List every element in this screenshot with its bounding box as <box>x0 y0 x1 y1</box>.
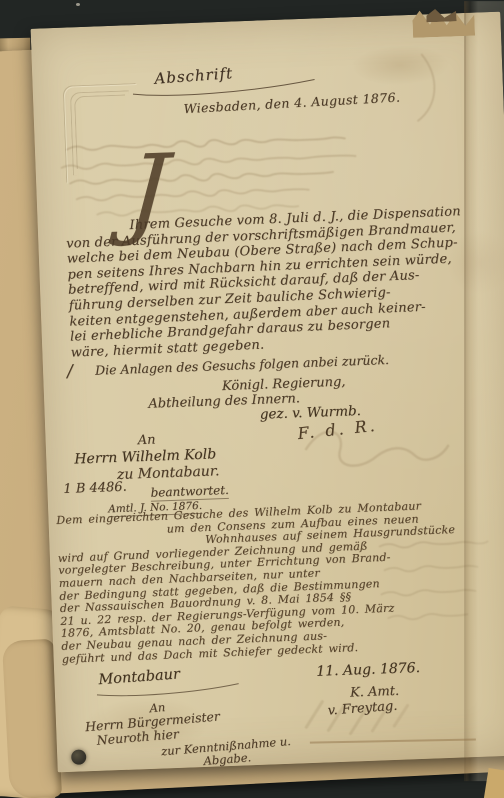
dust-speck <box>76 3 80 6</box>
photo-background: Abschrift Wiesbaden, den 4. August 1876.… <box>0 0 504 798</box>
reference-number: 1 B 4486. <box>63 480 127 497</box>
paper-right-panel <box>466 1 504 781</box>
address-to: An <box>137 433 155 449</box>
margin-tick: / <box>67 362 73 382</box>
document-sheet: Abschrift Wiesbaden, den 4. August 1876.… <box>31 12 504 773</box>
body-paragraph-2: Dem eingereichten Gesuche des Wilhelm Ko… <box>56 497 504 666</box>
embossed-frame-inner <box>74 94 128 169</box>
paper-fold-line <box>464 1 466 781</box>
body-paragraph-1: Ihrem Gesuche vom 8. Juli d. J., die Dis… <box>65 204 473 361</box>
reference-action: beantwortet. <box>150 483 229 502</box>
torn-edge-shadow <box>426 8 456 22</box>
